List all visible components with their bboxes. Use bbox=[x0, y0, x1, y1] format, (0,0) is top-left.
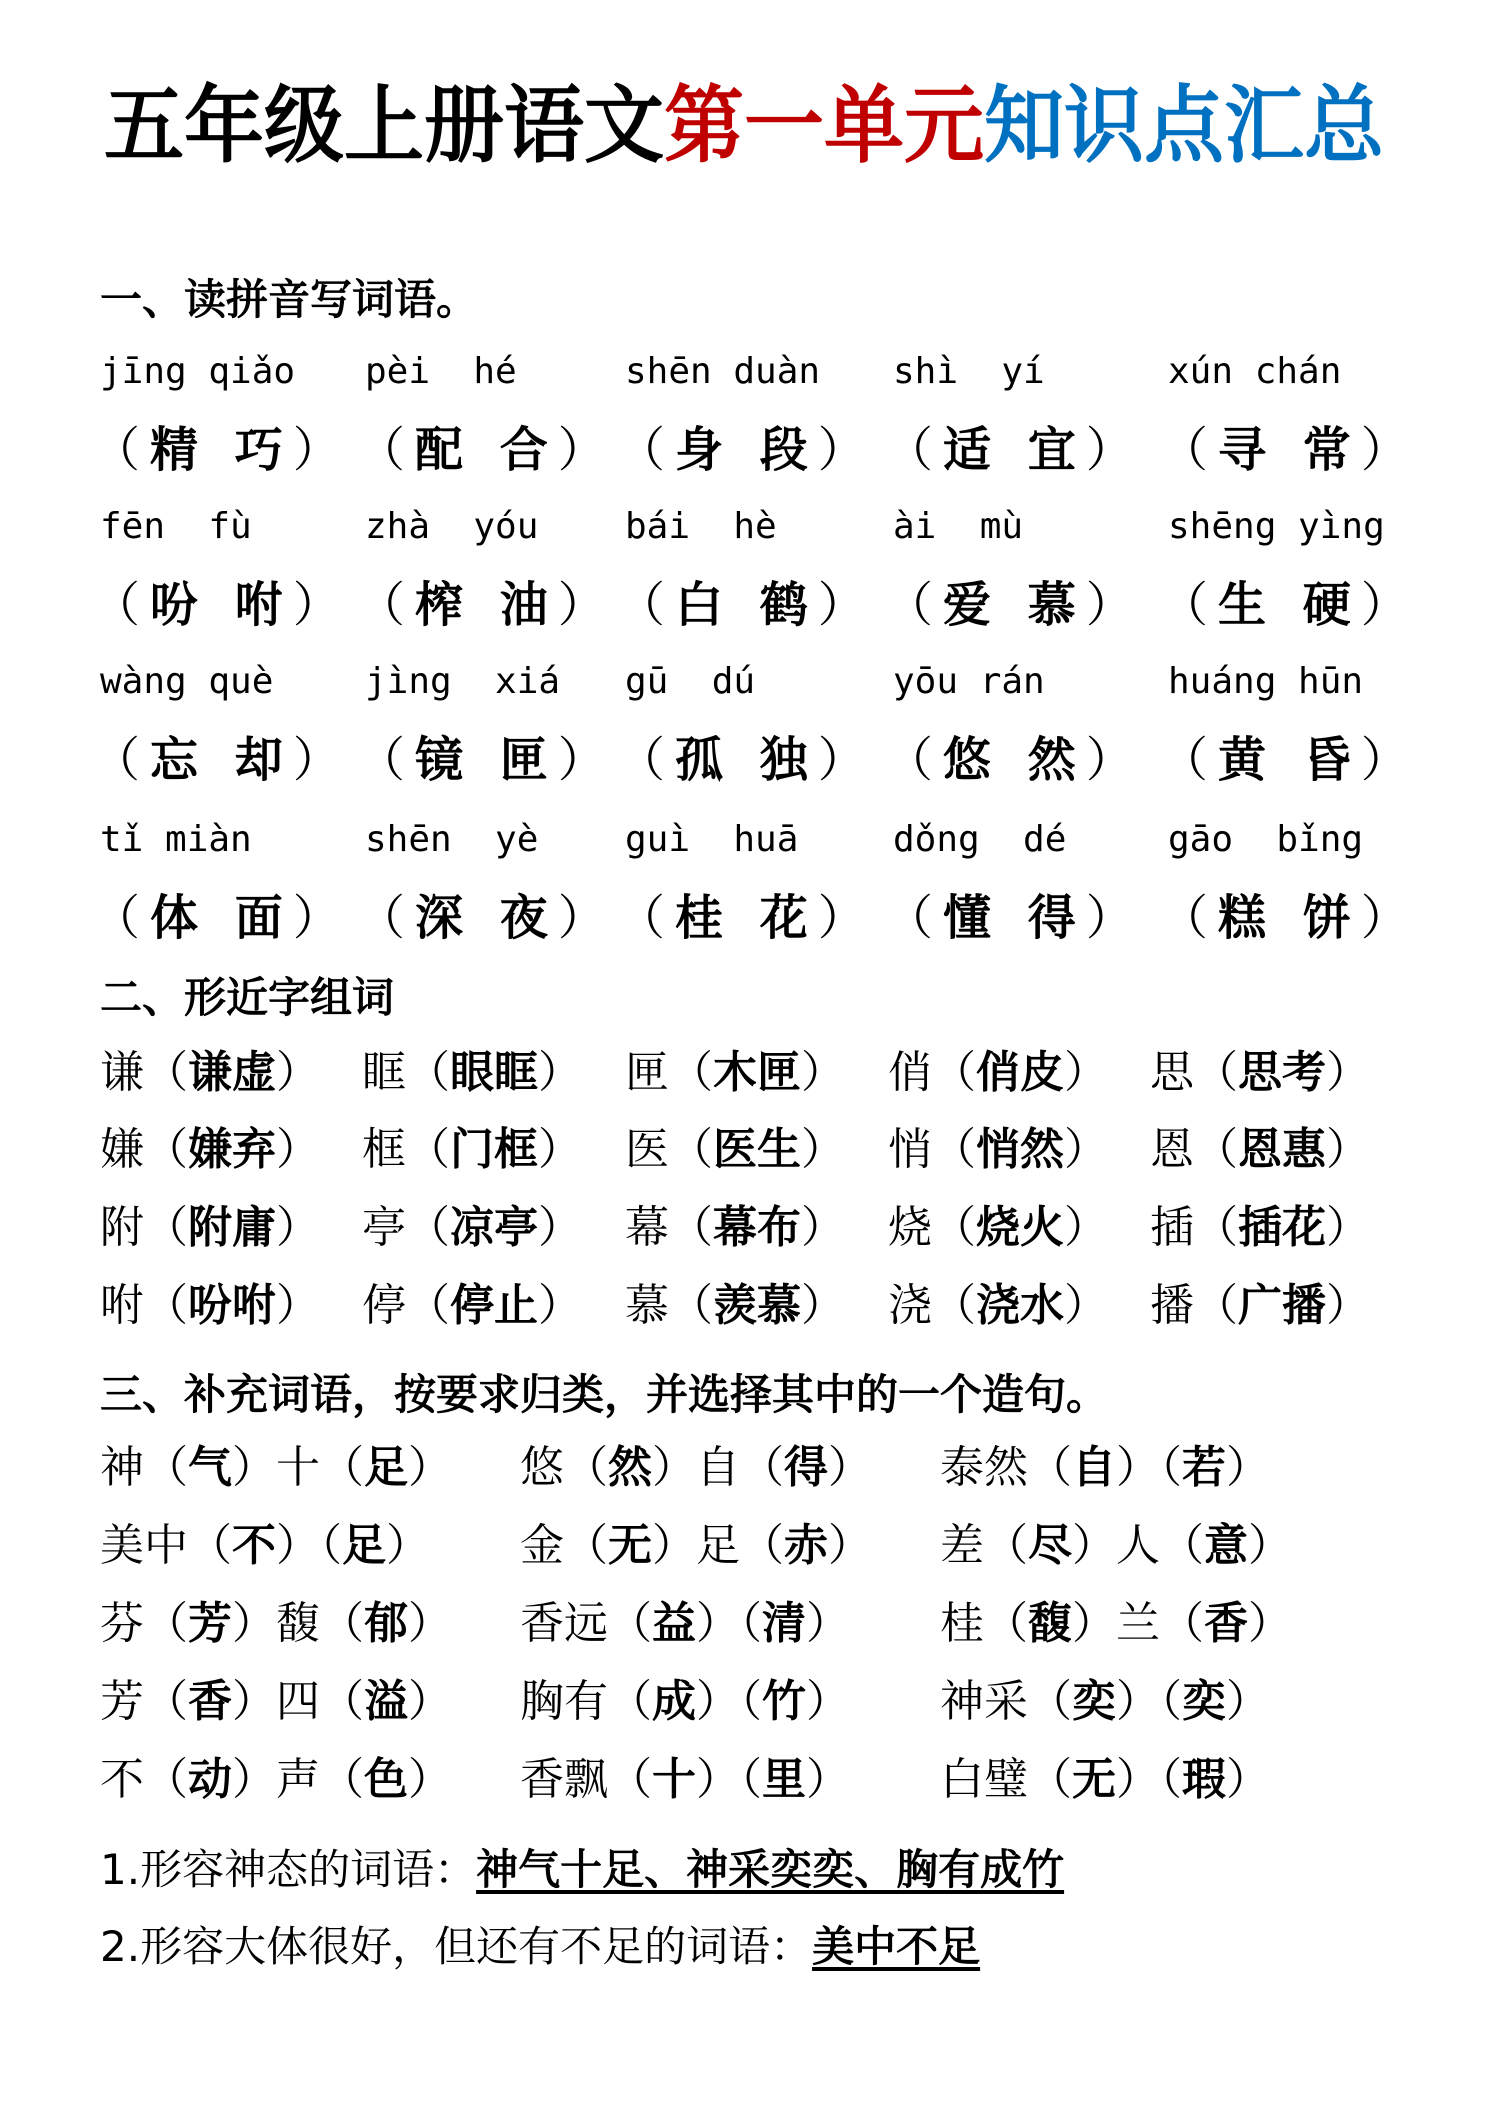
open-paren: （ bbox=[92, 577, 150, 633]
close-paren: ） bbox=[1064, 1124, 1108, 1175]
idiom-answer: 若 bbox=[1182, 1442, 1226, 1493]
answer-text: 爱 慕 bbox=[943, 577, 1086, 633]
close-paren: ） bbox=[538, 1047, 582, 1098]
open-paren: （ bbox=[740, 1754, 762, 1805]
open-paren: （ bbox=[188, 1520, 232, 1571]
char-pair-row: 咐（吩咐）停（停止）慕（羡慕）浇（浇水）播（广播） bbox=[0, 1278, 1488, 1334]
answer-word: 浇水 bbox=[976, 1280, 1064, 1331]
base-char: 插 bbox=[1150, 1202, 1194, 1253]
open-paren: （ bbox=[406, 1280, 450, 1331]
idiom-item: 神采（奕）（奕） bbox=[940, 1674, 1270, 1730]
idiom-answer: 然 bbox=[608, 1442, 652, 1493]
answer-word: （忘 却） bbox=[92, 730, 351, 790]
close-paren: ） bbox=[276, 1280, 320, 1331]
answer-text: 懂 得 bbox=[943, 890, 1086, 946]
close-paren: ） bbox=[1248, 1520, 1292, 1571]
open-paren: （ bbox=[740, 1676, 762, 1727]
open-paren: （ bbox=[144, 1598, 188, 1649]
pinyin-text: shì yí bbox=[893, 350, 1045, 394]
idiom-given: 兰 bbox=[1116, 1598, 1160, 1649]
idiom-given: 声 bbox=[276, 1754, 320, 1805]
idiom-row: 神（气）十（足）悠（然）自（得）泰然（自）（若） bbox=[0, 1440, 1488, 1496]
summary-line-2: 2.形容大体很好，但还有不足的词语：美中不足 bbox=[100, 1920, 980, 1974]
open-paren: （ bbox=[144, 1442, 188, 1493]
open-paren: （ bbox=[1194, 1280, 1238, 1331]
idiom-given: 白璧 bbox=[940, 1754, 1028, 1805]
idiom-answer: 芳 bbox=[188, 1598, 232, 1649]
base-char: 俏 bbox=[888, 1047, 932, 1098]
base-char: 浇 bbox=[888, 1280, 932, 1331]
answer-word: （生 硬） bbox=[1160, 575, 1419, 635]
open-paren: （ bbox=[1160, 1520, 1204, 1571]
close-paren: ） bbox=[801, 1280, 845, 1331]
close-paren: ） bbox=[1226, 1442, 1270, 1493]
char-pair: 俏（俏皮） bbox=[888, 1045, 1108, 1101]
base-char: 幕 bbox=[625, 1202, 669, 1253]
open-paren: （ bbox=[144, 1047, 188, 1098]
idiom-item: 芳（香）四（溢） bbox=[100, 1674, 452, 1730]
idiom-answer: 尽 bbox=[1028, 1520, 1072, 1571]
idiom-answer: 气 bbox=[188, 1442, 232, 1493]
idiom-answer: 足 bbox=[342, 1520, 386, 1571]
answer-word: （懂 得） bbox=[885, 888, 1144, 948]
answer-text: 生 硬 bbox=[1218, 577, 1361, 633]
answer-word: （糕 饼） bbox=[1160, 888, 1419, 948]
close-paren: ） bbox=[828, 1442, 872, 1493]
open-paren: （ bbox=[406, 1047, 450, 1098]
char-pair: 幕（幕布） bbox=[625, 1200, 845, 1256]
close-paren: ） bbox=[408, 1442, 452, 1493]
char-pair: 亭（凉亭） bbox=[362, 1200, 582, 1256]
open-paren: （ bbox=[617, 890, 675, 946]
char-pair: 播（广播） bbox=[1150, 1278, 1370, 1334]
idiom-given: 十 bbox=[276, 1442, 320, 1493]
answer-word: 插花 bbox=[1238, 1202, 1326, 1253]
open-paren: （ bbox=[1194, 1047, 1238, 1098]
close-paren: ） bbox=[558, 732, 616, 788]
idiom-answer: 瑕 bbox=[1182, 1754, 1226, 1805]
idiom-answer: 益 bbox=[652, 1598, 696, 1649]
close-paren: ） bbox=[293, 422, 351, 478]
answer-word: 恩惠 bbox=[1238, 1124, 1326, 1175]
answer-word: 广播 bbox=[1238, 1280, 1326, 1331]
open-paren: （ bbox=[357, 732, 415, 788]
answer-word: （榨 油） bbox=[357, 575, 616, 635]
open-paren: （ bbox=[932, 1124, 976, 1175]
answer-word: 谦虚 bbox=[188, 1047, 276, 1098]
pinyin-text: tǐ miàn bbox=[100, 818, 252, 862]
answer-word: 烧火 bbox=[976, 1202, 1064, 1253]
char-pair-row: 谦（谦虚）眶（眼眶）匣（木匣）俏（俏皮）思（思考） bbox=[0, 1045, 1488, 1101]
open-paren: （ bbox=[92, 422, 150, 478]
idiom-answer: 赤 bbox=[784, 1520, 828, 1571]
answer-text: 榨 油 bbox=[415, 577, 558, 633]
close-paren: ） bbox=[1226, 1754, 1270, 1805]
summary-label: 1.形容神态的词语： bbox=[100, 1845, 476, 1894]
base-char: 亭 bbox=[362, 1202, 406, 1253]
idiom-row: 芬（芳）馥（郁）香远（益）（清）桂（馥）兰（香） bbox=[0, 1596, 1488, 1652]
close-paren: ） bbox=[818, 577, 876, 633]
char-pair: 附（附庸） bbox=[100, 1200, 320, 1256]
open-paren: （ bbox=[984, 1520, 1028, 1571]
answer-word: 眼眶 bbox=[450, 1047, 538, 1098]
idiom-answer: 色 bbox=[364, 1754, 408, 1805]
base-char: 恩 bbox=[1150, 1124, 1194, 1175]
base-char: 附 bbox=[100, 1202, 144, 1253]
close-paren: ） bbox=[408, 1598, 452, 1649]
close-paren: ） bbox=[1086, 732, 1144, 788]
answer-text: 精 巧 bbox=[150, 422, 293, 478]
idiom-item: 芬（芳）馥（郁） bbox=[100, 1596, 452, 1652]
answer-word: 木匣 bbox=[713, 1047, 801, 1098]
close-paren: ） bbox=[1326, 1202, 1370, 1253]
open-paren: （ bbox=[885, 422, 943, 478]
close-paren: ） bbox=[1072, 1520, 1116, 1571]
close-paren: ） bbox=[806, 1754, 850, 1805]
pinyin-text: xún chán bbox=[1168, 350, 1341, 394]
open-paren: （ bbox=[357, 422, 415, 478]
char-pair: 插（插花） bbox=[1150, 1200, 1370, 1256]
close-paren: ） bbox=[538, 1280, 582, 1331]
idiom-given: 芬 bbox=[100, 1598, 144, 1649]
answer-word: （吩 咐） bbox=[92, 575, 351, 635]
pinyin-text: guì huā bbox=[625, 818, 798, 862]
open-paren: （ bbox=[1194, 1202, 1238, 1253]
open-paren: （ bbox=[669, 1124, 713, 1175]
base-char: 停 bbox=[362, 1280, 406, 1331]
answer-text: 忘 却 bbox=[150, 732, 293, 788]
close-paren: ） bbox=[1116, 1676, 1160, 1727]
close-paren: ） bbox=[558, 577, 616, 633]
open-paren: （ bbox=[144, 1754, 188, 1805]
answer-text: 配 合 bbox=[415, 422, 558, 478]
idiom-item: 不（动）声（色） bbox=[100, 1752, 452, 1808]
idiom-item: 香飘（十）（里） bbox=[520, 1752, 850, 1808]
word-row: （吩 咐）（榨 油）（白 鹤）（爱 慕）（生 硬） bbox=[0, 575, 1488, 635]
open-paren: （ bbox=[617, 422, 675, 478]
close-paren: ） bbox=[828, 1520, 872, 1571]
char-pair: 烧（烧火） bbox=[888, 1200, 1108, 1256]
answer-text: 镜 匣 bbox=[415, 732, 558, 788]
close-paren: ） bbox=[1361, 890, 1419, 946]
close-paren: ） bbox=[1086, 577, 1144, 633]
idiom-given: 泰然 bbox=[940, 1442, 1028, 1493]
open-paren: （ bbox=[1160, 890, 1218, 946]
close-paren: ） bbox=[293, 732, 351, 788]
open-paren: （ bbox=[608, 1598, 652, 1649]
answer-text: 适 宜 bbox=[943, 422, 1086, 478]
section-2-heading: 二、形近字组词 bbox=[100, 973, 394, 1023]
idiom-given: 神 bbox=[100, 1442, 144, 1493]
answer-word: （深 夜） bbox=[357, 888, 616, 948]
idiom-answer: 不 bbox=[232, 1520, 276, 1571]
idiom-given: 悠 bbox=[520, 1442, 564, 1493]
pinyin-text: dǒng dé bbox=[893, 818, 1066, 862]
open-paren: （ bbox=[144, 1202, 188, 1253]
close-paren: ） bbox=[558, 890, 616, 946]
close-paren: ） bbox=[293, 890, 351, 946]
close-paren: ） bbox=[1361, 732, 1419, 788]
open-paren: （ bbox=[1160, 1754, 1182, 1805]
char-pair: 谦（谦虚） bbox=[100, 1045, 320, 1101]
answer-word: 附庸 bbox=[188, 1202, 276, 1253]
close-paren: ） bbox=[386, 1520, 430, 1571]
close-paren: ） bbox=[408, 1754, 452, 1805]
char-pair: 眶（眼眶） bbox=[362, 1045, 582, 1101]
open-paren: （ bbox=[885, 732, 943, 788]
close-paren: ） bbox=[276, 1202, 320, 1253]
answer-word: 悄然 bbox=[976, 1124, 1064, 1175]
idiom-answer: 香 bbox=[1204, 1598, 1248, 1649]
pinyin-row: jīng qiǎopèi héshēn duànshì yíxún chán bbox=[0, 350, 1488, 410]
open-paren: （ bbox=[617, 577, 675, 633]
open-paren: （ bbox=[885, 890, 943, 946]
idiom-item: 泰然（自）（若） bbox=[940, 1440, 1270, 1496]
close-paren: ） bbox=[1086, 422, 1144, 478]
char-pair: 悄（悄然） bbox=[888, 1122, 1108, 1178]
base-char: 悄 bbox=[888, 1124, 932, 1175]
answer-text: 桂 花 bbox=[675, 890, 818, 946]
char-pair-row: 嫌（嫌弃）框（门框）医（医生）悄（悄然）恩（恩惠） bbox=[0, 1122, 1488, 1178]
close-paren: ） bbox=[293, 577, 351, 633]
close-paren: ） bbox=[1326, 1124, 1370, 1175]
answer-word: （爱 慕） bbox=[885, 575, 1144, 635]
idiom-answer: 得 bbox=[784, 1442, 828, 1493]
answer-word: 停止 bbox=[450, 1280, 538, 1331]
idiom-answer: 奕 bbox=[1072, 1676, 1116, 1727]
close-paren: ） bbox=[538, 1202, 582, 1253]
char-pair-row: 附（附庸）亭（凉亭）幕（幕布）烧（烧火）插（插花） bbox=[0, 1200, 1488, 1256]
idiom-item: 桂（馥）兰（香） bbox=[940, 1596, 1292, 1652]
answer-word: 羡慕 bbox=[713, 1280, 801, 1331]
close-paren: ） bbox=[538, 1124, 582, 1175]
answer-word: （适 宜） bbox=[885, 420, 1144, 480]
open-paren: （ bbox=[320, 1676, 364, 1727]
open-paren: （ bbox=[406, 1202, 450, 1253]
pinyin-text: yōu rán bbox=[893, 660, 1045, 704]
close-paren: ） bbox=[806, 1598, 850, 1649]
close-paren: ） bbox=[1064, 1280, 1108, 1331]
close-paren: ） bbox=[558, 422, 616, 478]
idiom-answer: 里 bbox=[762, 1754, 806, 1805]
idiom-given: 差 bbox=[940, 1520, 984, 1571]
pinyin-row: fēn fùzhà yóubái hèài mùshēng yìng bbox=[0, 505, 1488, 565]
open-paren: （ bbox=[92, 890, 150, 946]
pinyin-text: huáng hūn bbox=[1168, 660, 1363, 704]
idiom-item: 金（无）足（赤） bbox=[520, 1518, 872, 1574]
close-paren: ） bbox=[1326, 1047, 1370, 1098]
idiom-item: 胸有（成）（竹） bbox=[520, 1674, 850, 1730]
open-paren: （ bbox=[1194, 1124, 1238, 1175]
open-paren: （ bbox=[1160, 1442, 1182, 1493]
answer-word: （镜 匣） bbox=[357, 730, 616, 790]
char-pair: 慕（羡慕） bbox=[625, 1278, 845, 1334]
idiom-answer: 足 bbox=[364, 1442, 408, 1493]
close-paren: ） bbox=[1361, 577, 1419, 633]
close-paren: ） bbox=[232, 1442, 276, 1493]
close-paren: ） bbox=[1226, 1676, 1270, 1727]
close-paren: ） bbox=[696, 1754, 740, 1805]
open-paren: （ bbox=[320, 1598, 364, 1649]
answer-text: 吩 咐 bbox=[150, 577, 293, 633]
base-char: 框 bbox=[362, 1124, 406, 1175]
open-paren: （ bbox=[932, 1047, 976, 1098]
pinyin-text: jīng qiǎo bbox=[100, 350, 295, 394]
idiom-given: 人 bbox=[1116, 1520, 1160, 1571]
pinyin-text: pèi hé bbox=[365, 350, 517, 394]
pinyin-text: gāo bǐng bbox=[1168, 818, 1363, 862]
idiom-given: 胸有 bbox=[520, 1676, 608, 1727]
open-paren: （ bbox=[669, 1202, 713, 1253]
open-paren: （ bbox=[406, 1124, 450, 1175]
answer-text: 深 夜 bbox=[415, 890, 558, 946]
close-paren: ） bbox=[806, 1676, 850, 1727]
idiom-item: 神（气）十（足） bbox=[100, 1440, 452, 1496]
idiom-given: 四 bbox=[276, 1676, 320, 1727]
answer-word: 思考 bbox=[1238, 1047, 1326, 1098]
title-part-summary: 知识点汇总 bbox=[984, 77, 1384, 175]
idiom-given: 桂 bbox=[940, 1598, 984, 1649]
open-paren: （ bbox=[617, 732, 675, 788]
open-paren: （ bbox=[144, 1280, 188, 1331]
section-3-heading: 三、补充词语，按要求归类，并选择其中的一个造句。 bbox=[100, 1370, 1108, 1420]
close-paren: ） bbox=[232, 1754, 276, 1805]
open-paren: （ bbox=[564, 1442, 608, 1493]
open-paren: （ bbox=[564, 1520, 608, 1571]
close-paren: ） bbox=[652, 1520, 696, 1571]
idiom-row: 美中（不）（足）金（无）足（赤）差（尽）人（意） bbox=[0, 1518, 1488, 1574]
close-paren: ） bbox=[818, 422, 876, 478]
idiom-given: 香飘 bbox=[520, 1754, 608, 1805]
idiom-given: 馥 bbox=[276, 1598, 320, 1649]
answer-word: 门框 bbox=[450, 1124, 538, 1175]
open-paren: （ bbox=[1028, 1754, 1072, 1805]
pinyin-text: ài mù bbox=[893, 505, 1023, 549]
base-char: 咐 bbox=[100, 1280, 144, 1331]
idiom-given: 香远 bbox=[520, 1598, 608, 1649]
idiom-answer: 奕 bbox=[1182, 1676, 1226, 1727]
answer-text: 悠 然 bbox=[943, 732, 1086, 788]
char-pair: 医（医生） bbox=[625, 1122, 845, 1178]
answer-word: （配 合） bbox=[357, 420, 616, 480]
close-paren: ） bbox=[801, 1124, 845, 1175]
idiom-item: 香远（益）（清） bbox=[520, 1596, 850, 1652]
base-char: 播 bbox=[1150, 1280, 1194, 1331]
close-paren: ） bbox=[818, 732, 876, 788]
open-paren: （ bbox=[669, 1047, 713, 1098]
open-paren: （ bbox=[357, 577, 415, 633]
idiom-answer: 无 bbox=[608, 1520, 652, 1571]
base-char: 匣 bbox=[625, 1047, 669, 1098]
base-char: 慕 bbox=[625, 1280, 669, 1331]
summary-label: 2.形容大体很好，但还有不足的词语： bbox=[100, 1922, 812, 1971]
open-paren: （ bbox=[1160, 732, 1218, 788]
pinyin-text: shēng yìng bbox=[1168, 505, 1385, 549]
pinyin-text: wàng què bbox=[100, 660, 273, 704]
answer-word: （孤 独） bbox=[617, 730, 876, 790]
close-paren: ） bbox=[818, 890, 876, 946]
word-row: （忘 却）（镜 匣）（孤 独）（悠 然）（黄 昏） bbox=[0, 730, 1488, 790]
idiom-given: 自 bbox=[696, 1442, 740, 1493]
open-paren: （ bbox=[740, 1442, 784, 1493]
answer-word: （精 巧） bbox=[92, 420, 351, 480]
answer-word: （白 鹤） bbox=[617, 575, 876, 635]
title-part-unit: 第一单元 bbox=[664, 77, 984, 175]
open-paren: （ bbox=[932, 1202, 976, 1253]
open-paren: （ bbox=[1028, 1442, 1072, 1493]
answer-word: 嫌弃 bbox=[188, 1124, 276, 1175]
close-paren: ） bbox=[1064, 1202, 1108, 1253]
open-paren: （ bbox=[144, 1124, 188, 1175]
idiom-answer: 成 bbox=[652, 1676, 696, 1727]
answer-word: （寻 常） bbox=[1160, 420, 1419, 480]
base-char: 烧 bbox=[888, 1202, 932, 1253]
idiom-item: 美中（不）（足） bbox=[100, 1518, 430, 1574]
open-paren: （ bbox=[144, 1676, 188, 1727]
pinyin-row: tǐ miànshēn yèguì huādǒng dégāo bǐng bbox=[0, 818, 1488, 878]
pinyin-text: shēn yè bbox=[365, 818, 538, 862]
open-paren: （ bbox=[320, 1754, 364, 1805]
close-paren: ） bbox=[232, 1676, 276, 1727]
char-pair: 停（停止） bbox=[362, 1278, 582, 1334]
idiom-answer: 清 bbox=[762, 1598, 806, 1649]
char-pair: 嫌（嫌弃） bbox=[100, 1122, 320, 1178]
close-paren: ） bbox=[801, 1202, 845, 1253]
answer-word: 医生 bbox=[713, 1124, 801, 1175]
answer-word: 凉亭 bbox=[450, 1202, 538, 1253]
idiom-given: 金 bbox=[520, 1520, 564, 1571]
idiom-item: 白璧（无）（瑕） bbox=[940, 1752, 1270, 1808]
idiom-item: 悠（然）自（得） bbox=[520, 1440, 872, 1496]
title-part-grade: 五年级上册语文 bbox=[104, 77, 664, 175]
base-char: 眶 bbox=[362, 1047, 406, 1098]
open-paren: （ bbox=[357, 890, 415, 946]
answer-word: （身 段） bbox=[617, 420, 876, 480]
open-paren: （ bbox=[885, 577, 943, 633]
close-paren: ） bbox=[1072, 1598, 1116, 1649]
close-paren: ） bbox=[1326, 1280, 1370, 1331]
idiom-row: 芳（香）四（溢）胸有（成）（竹）神采（奕）（奕） bbox=[0, 1674, 1488, 1730]
open-paren: （ bbox=[608, 1676, 652, 1727]
answer-text: 黄 昏 bbox=[1218, 732, 1361, 788]
idiom-answer: 动 bbox=[188, 1754, 232, 1805]
close-paren: ） bbox=[1064, 1047, 1108, 1098]
char-pair: 框（门框） bbox=[362, 1122, 582, 1178]
close-paren: ） bbox=[1116, 1754, 1160, 1805]
answer-word: （悠 然） bbox=[885, 730, 1144, 790]
answer-word: （桂 花） bbox=[617, 888, 876, 948]
answer-text: 糕 饼 bbox=[1218, 890, 1361, 946]
base-char: 思 bbox=[1150, 1047, 1194, 1098]
pinyin-text: shēn duàn bbox=[625, 350, 820, 394]
word-row: （体 面）（深 夜）（桂 花）（懂 得）（糕 饼） bbox=[0, 888, 1488, 948]
pinyin-text: zhà yóu bbox=[365, 505, 538, 549]
char-pair: 匣（木匣） bbox=[625, 1045, 845, 1101]
open-paren: （ bbox=[740, 1598, 762, 1649]
word-row: （精 巧）（配 合）（身 段）（适 宜）（寻 常） bbox=[0, 420, 1488, 480]
answer-text: 体 面 bbox=[150, 890, 293, 946]
close-paren: ） bbox=[696, 1598, 740, 1649]
char-pair: 思（思考） bbox=[1150, 1045, 1370, 1101]
answer-word: 幕布 bbox=[713, 1202, 801, 1253]
close-paren: ） bbox=[652, 1442, 696, 1493]
open-paren: （ bbox=[1160, 422, 1218, 478]
open-paren: （ bbox=[608, 1754, 652, 1805]
char-pair: 咐（吩咐） bbox=[100, 1278, 320, 1334]
close-paren: ） bbox=[232, 1598, 276, 1649]
base-char: 嫌 bbox=[100, 1124, 144, 1175]
summary-line-1: 1.形容神态的词语：神气十足、神采奕奕、胸有成竹 bbox=[100, 1843, 1064, 1897]
